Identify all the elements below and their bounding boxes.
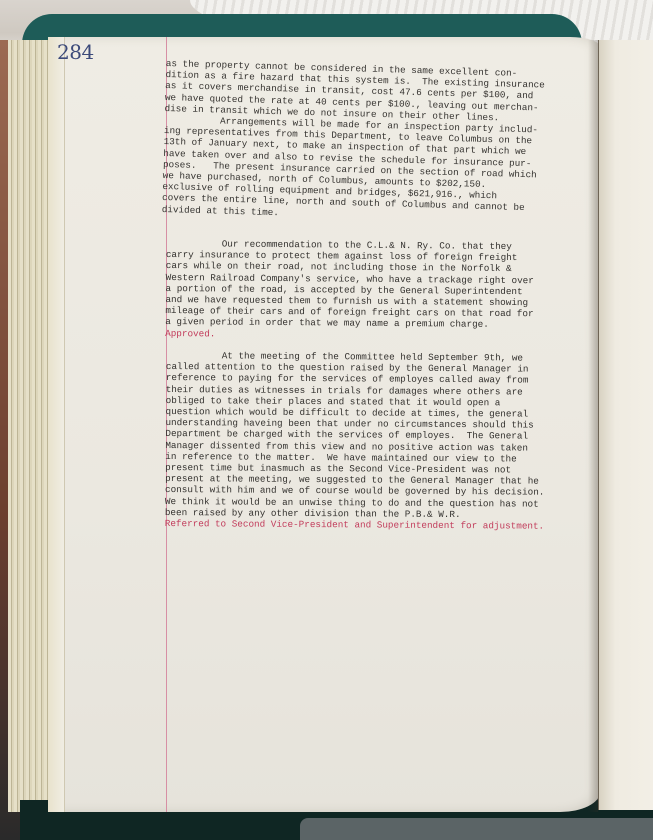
- page-number: 284: [57, 40, 94, 64]
- page-edge-strip: [48, 37, 65, 812]
- paragraph-insurance-rates: as the property cannot be considered in …: [162, 58, 576, 226]
- paragraph-witness-services: At the meeting of the Committee held Sep…: [165, 350, 576, 532]
- facing-page: [598, 40, 653, 810]
- paragraph-foreign-freight: Our recommendation to the C.L.& N. Ry. C…: [165, 238, 576, 342]
- table-surface: [300, 818, 653, 840]
- gutter-shadow: [588, 40, 598, 812]
